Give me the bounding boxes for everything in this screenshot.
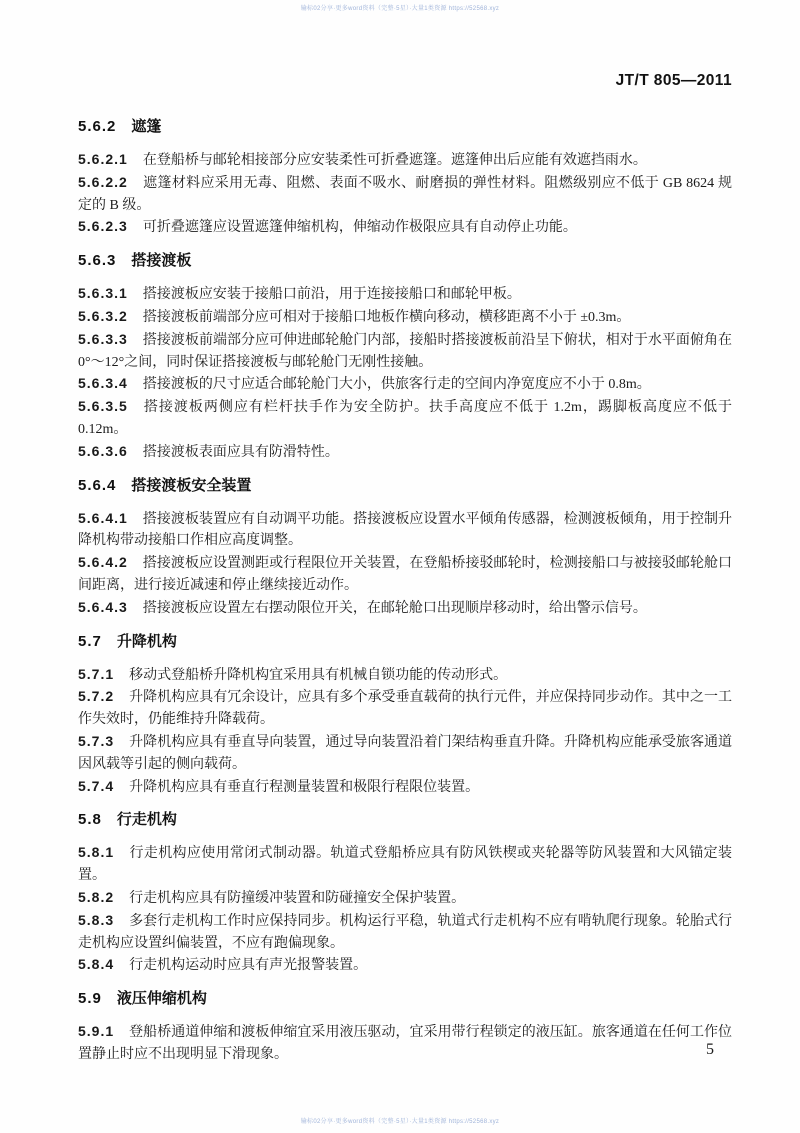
clause-text: 搭接渡板应设置左右摆动限位开关，在邮轮舱口出现顺岸移动时，给出警示信号。 [143,601,647,616]
clause: 5.7.3升降机构应具有垂直导向装置，通过导向装置沿着门架结构垂直升降。升降机构… [78,731,732,776]
clause: 5.6.3.2搭接渡板前端部分应可相对于接船口地板作横向移动，横移距离不小于 ±… [78,306,732,329]
clause: 5.9.1登船桥通道伸缩和渡板伸缩宜采用液压驱动，宜采用带行程锁定的液压缸。旅客… [78,1021,732,1066]
clause-number: 5.7.2 [78,688,114,704]
clause-text: 遮篷材料应采用无毒、阻燃、表面不吸水、耐磨损的弹性材料。阻燃级别应不低于 GB … [78,176,732,213]
clause-number: 5.6.2.3 [78,218,128,234]
clause-text: 移动式登船桥升降机构宜采用具有机械自锁功能的传动形式。 [129,668,507,683]
clause-number: 5.6.3.1 [78,285,128,301]
clause-text: 行走机构应使用常闭式制动器。轨道式登船桥应具有防风铁楔或夹轮器等防风装置和大风锚… [78,846,732,883]
clause: 5.6.2.3可折叠遮篷应设置遮篷伸缩机构，伸缩动作极限应具有自动停止功能。 [78,216,732,239]
clause: 5.8.4行走机构运动时应具有声光报警装置。 [78,954,732,977]
page-number: 5 [706,1041,714,1059]
clause-number: 5.6.3.6 [78,443,128,459]
clause-number: 5.8.1 [78,844,114,860]
section-heading: 5.9液压伸缩机构 [78,988,732,1010]
clause-text: 升降机构应具有垂直导向装置，通过导向装置沿着门架结构垂直升降。升降机构应能承受旅… [78,735,732,772]
clause: 5.8.3多套行走机构工作时应保持同步。机构运行平稳，轨道式行走机构不应有啃轨爬… [78,910,732,955]
section-number: 5.6.4 [78,477,116,494]
clause: 5.7.2升降机构应具有冗余设计，应具有多个承受垂直载荷的执行元件，并应保持同步… [78,686,732,731]
clause: 5.7.4升降机构应具有垂直行程测量装置和极限行程限位装置。 [78,776,732,799]
clause: 5.6.3.3搭接渡板前端部分应可伸进邮轮舱门内部，接船时搭接渡板前沿呈下俯状，… [78,329,732,374]
section-number: 5.6.3 [78,252,116,269]
section-title: 搭接渡板 [131,252,191,269]
clause-number: 5.8.2 [78,889,114,905]
clause: 5.8.1行走机构应使用常闭式制动器。轨道式登船桥应具有防风铁楔或夹轮器等防风装… [78,842,732,887]
clause-text: 多套行走机构工作时应保持同步。机构运行平稳，轨道式行走机构不应有啃轨爬行现象。轮… [78,914,732,951]
clause-text: 行走机构应具有防撞缓冲装置和防碰撞安全保护装置。 [129,891,465,906]
clause-text: 搭接渡板的尺寸应适合邮轮舱门大小，供旅客行走的空间内净宽度应不小于 0.8m。 [143,377,651,392]
clause: 5.6.2.2遮篷材料应采用无毒、阻燃、表面不吸水、耐磨损的弹性材料。阻燃级别应… [78,172,732,217]
clause-text: 搭接渡板装置应有自动调平功能。搭接渡板应设置水平倾角传感器，检测渡板倾角，用于控… [78,512,732,549]
clause-number: 5.6.4.2 [78,554,128,570]
section: 5.8行走机构5.8.1行走机构应使用常闭式制动器。轨道式登船桥应具有防风铁楔或… [78,809,732,977]
clause-text: 搭接渡板两侧应有栏杆扶手作为安全防护。扶手高度应不低于 1.2m，踢脚板高度应不… [78,400,732,437]
section: 5.7升降机构5.7.1移动式登船桥升降机构宜采用具有机械自锁功能的传动形式。5… [78,631,732,799]
clause-text: 升降机构应具有冗余设计，应具有多个承受垂直载荷的执行元件，并应保持同步动作。其中… [78,690,732,727]
clause-text: 搭接渡板应设置测距或行程限位开关装置，在登船桥接驳邮轮时，检测接船口与被接驳邮轮… [78,556,732,593]
clause-number: 5.6.3.3 [78,331,128,347]
clause-number: 5.6.3.5 [78,398,128,414]
clause-number: 5.9.1 [78,1023,114,1039]
section-number: 5.6.2 [78,118,116,135]
section-title: 升降机构 [117,633,177,650]
section-heading: 5.6.2遮篷 [78,116,732,138]
clause-number: 5.8.4 [78,956,114,972]
section-title: 液压伸缩机构 [117,990,207,1007]
clause: 5.6.2.1在登船桥与邮轮相接部分应安装柔性可折叠遮篷。遮篷伸出后应能有效遮挡… [78,149,732,172]
clause: 5.6.3.1搭接渡板应安装于接船口前沿，用于连接接船口和邮轮甲板。 [78,283,732,306]
section: 5.6.2遮篷5.6.2.1在登船桥与邮轮相接部分应安装柔性可折叠遮篷。遮篷伸出… [78,116,732,239]
section-number: 5.7 [78,633,102,650]
clause: 5.7.1移动式登船桥升降机构宜采用具有机械自锁功能的传动形式。 [78,664,732,687]
clause: 5.6.3.6搭接渡板表面应具有防滑特性。 [78,441,732,464]
page-body: 5.6.2遮篷5.6.2.1在登船桥与邮轮相接部分应安装柔性可折叠遮篷。遮篷伸出… [78,105,732,1066]
doc-number-header: JT/T 805—2011 [78,72,732,90]
clause-number: 5.7.3 [78,733,114,749]
watermark-text-bottom: 输标02分享·更多word资料（完整·5星）·大量1类资源 https://52… [0,1116,800,1125]
clause-text: 升降机构应具有垂直行程测量装置和极限行程限位装置。 [129,780,479,795]
section-number: 5.9 [78,990,102,1007]
watermark-text-top: 输标02分享·更多word资料（完整·5星）·大量1类资源 https://52… [0,3,800,12]
section: 5.6.3搭接渡板5.6.3.1搭接渡板应安装于接船口前沿，用于连接接船口和邮轮… [78,250,732,463]
section-heading: 5.6.4搭接渡板安全装置 [78,475,732,497]
clause-text: 行走机构运动时应具有声光报警装置。 [129,958,367,973]
clause-number: 5.6.3.2 [78,308,128,324]
clause: 5.6.4.3搭接渡板应设置左右摆动限位开关，在邮轮舱口出现顺岸移动时，给出警示… [78,597,732,620]
clause: 5.6.3.4搭接渡板的尺寸应适合邮轮舱门大小，供旅客行走的空间内净宽度应不小于… [78,373,732,396]
clause-number: 5.6.2.1 [78,151,128,167]
section-title: 遮篷 [131,118,161,135]
clause-number: 5.8.3 [78,912,114,928]
clause-text: 搭接渡板前端部分应可相对于接船口地板作横向移动，横移距离不小于 ±0.3m。 [143,310,631,325]
clause-number: 5.6.4.3 [78,599,128,615]
section-heading: 5.7升降机构 [78,631,732,653]
clause-number: 5.7.1 [78,666,114,682]
clause-number: 5.6.4.1 [78,510,128,526]
clause: 5.6.4.2搭接渡板应设置测距或行程限位开关装置，在登船桥接驳邮轮时，检测接船… [78,552,732,597]
clause-text: 可折叠遮篷应设置遮篷伸缩机构，伸缩动作极限应具有自动停止功能。 [143,220,577,235]
clause-text: 搭接渡板应安装于接船口前沿，用于连接接船口和邮轮甲板。 [143,287,521,302]
section: 5.6.4搭接渡板安全装置5.6.4.1搭接渡板装置应有自动调平功能。搭接渡板应… [78,475,732,620]
clause: 5.6.4.1搭接渡板装置应有自动调平功能。搭接渡板应设置水平倾角传感器，检测渡… [78,508,732,553]
section-title: 搭接渡板安全装置 [131,477,251,494]
clause-text: 在登船桥与邮轮相接部分应安装柔性可折叠遮篷。遮篷伸出后应能有效遮挡雨水。 [143,153,647,168]
clause-text: 登船桥通道伸缩和渡板伸缩宜采用液压驱动，宜采用带行程锁定的液压缸。旅客通道在任何… [78,1025,732,1062]
clause-number: 5.7.4 [78,778,114,794]
clause: 5.6.3.5搭接渡板两侧应有栏杆扶手作为安全防护。扶手高度应不低于 1.2m，… [78,396,732,441]
section-title: 行走机构 [117,811,177,828]
section-number: 5.8 [78,811,102,828]
clause: 5.8.2行走机构应具有防撞缓冲装置和防碰撞安全保护装置。 [78,887,732,910]
section-heading: 5.8行走机构 [78,809,732,831]
clause-text: 搭接渡板表面应具有防滑特性。 [143,445,339,460]
section-heading: 5.6.3搭接渡板 [78,250,732,272]
clause-number: 5.6.2.2 [78,174,128,190]
section: 5.9液压伸缩机构5.9.1登船桥通道伸缩和渡板伸缩宜采用液压驱动，宜采用带行程… [78,988,732,1066]
clause-text: 搭接渡板前端部分应可伸进邮轮舱门内部，接船时搭接渡板前沿呈下俯状，相对于水平面俯… [78,333,732,370]
clause-number: 5.6.3.4 [78,375,128,391]
